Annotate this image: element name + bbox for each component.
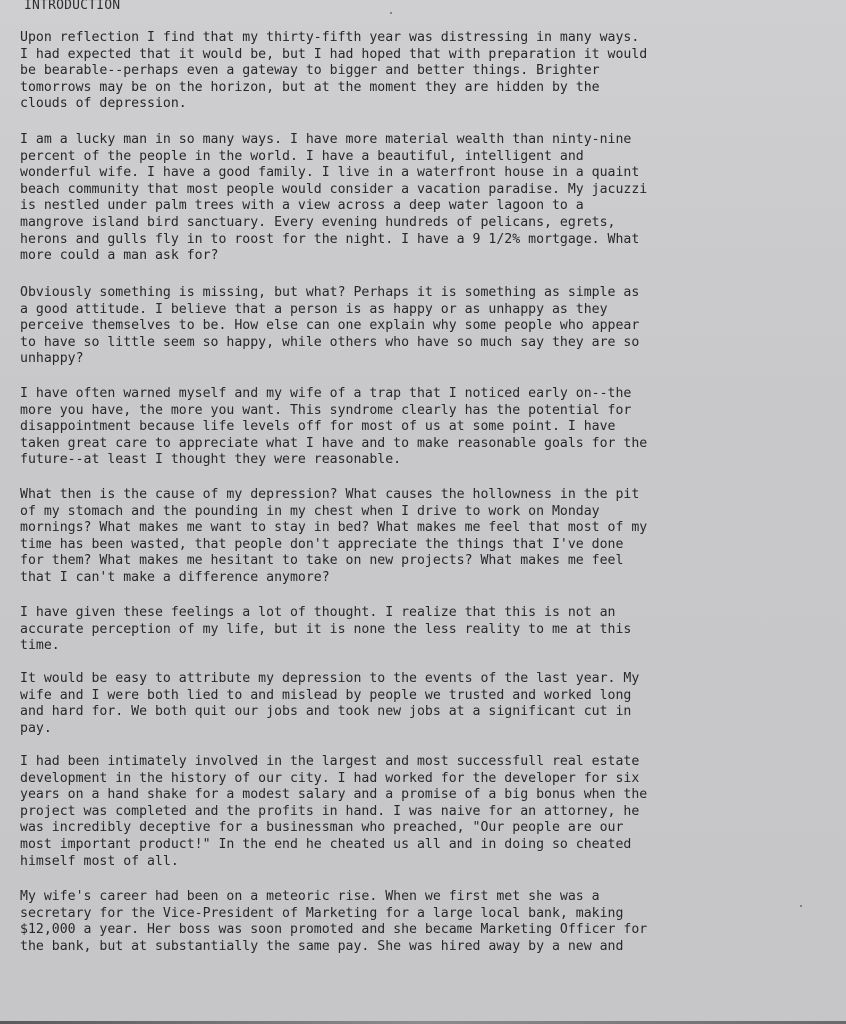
text-line: clouds of depression. <box>20 96 832 113</box>
text-line: beach community that most people would c… <box>20 182 832 199</box>
text-line: a good attitude. I believe that a person… <box>20 302 832 319</box>
text-line: of my stomach and the pounding in my che… <box>20 504 832 521</box>
text-line: is nestled under palm trees with a view … <box>20 198 832 215</box>
text-line: accurate perception of my life, but it i… <box>20 622 832 639</box>
text-line: be bearable--perhaps even a gateway to b… <box>20 63 832 80</box>
text-line: unhappy? <box>20 351 832 368</box>
text-line: disappointment because life levels off f… <box>20 419 832 436</box>
text-line: time has been wasted, that people don't … <box>20 537 832 554</box>
text-line: perceive themselves to be. How else can … <box>20 318 832 335</box>
text-line: wonderful wife. I have a good family. I … <box>20 165 832 182</box>
text-line: I am a lucky man in so many ways. I have… <box>20 132 832 149</box>
paragraph-8: I had been intimately involved in the la… <box>20 754 832 870</box>
text-line: project was completed and the profits in… <box>20 804 832 821</box>
text-line: percent of the people in the world. I ha… <box>20 149 832 166</box>
text-line: I have given these feelings a lot of tho… <box>20 605 832 622</box>
text-line: secretary for the Vice-President of Mark… <box>20 906 832 923</box>
paragraph-2: I am a lucky man in so many ways. I have… <box>20 132 832 265</box>
scanned-page: INTRODUCTION Upon reflection I find that… <box>0 0 846 1024</box>
text-line: more could a man ask for? <box>20 248 832 265</box>
paragraph-9: My wife's career had been on a meteoric … <box>20 889 832 955</box>
text-line: for them? What makes me hesitant to take… <box>20 553 832 570</box>
text-line: It would be easy to attribute my depress… <box>20 671 832 688</box>
text-line: most important product!" In the end he c… <box>20 837 832 854</box>
text-line: I had been intimately involved in the la… <box>20 754 832 771</box>
text-line: and hard for. We both quit our jobs and … <box>20 704 832 721</box>
text-line: the bank, but at substantially the same … <box>20 939 832 956</box>
text-line: himself most of all. <box>20 854 832 871</box>
text-line: time. <box>20 638 832 655</box>
text-line: mornings? What makes me want to stay in … <box>20 520 832 537</box>
text-line: pay. <box>20 721 832 738</box>
paragraph-4: I have often warned myself and my wife o… <box>20 386 832 469</box>
paragraph-7: It would be easy to attribute my depress… <box>20 671 832 737</box>
text-line: more you have, the more you want. This s… <box>20 403 832 420</box>
text-line: My wife's career had been on a meteoric … <box>20 889 832 906</box>
text-line: development in the history of our city. … <box>20 771 832 788</box>
text-line: Upon reflection I find that my thirty-fi… <box>20 30 832 47</box>
paragraph-3: Obviously something is missing, but what… <box>20 285 832 368</box>
scan-speck <box>800 905 802 907</box>
paragraph-1: Upon reflection I find that my thirty-fi… <box>20 30 832 113</box>
text-line: future--at least I thought they were rea… <box>20 452 832 469</box>
text-line: I have often warned myself and my wife o… <box>20 386 832 403</box>
text-line: was incredibly deceptive for a businessm… <box>20 820 832 837</box>
text-line: What then is the cause of my depression?… <box>20 487 832 504</box>
text-line: that I can't make a difference anymore? <box>20 570 832 587</box>
text-line: tomorrows may be on the horizon, but at … <box>20 80 832 97</box>
text-line: herons and gulls fly in to roost for the… <box>20 232 832 249</box>
text-line: years on a hand shake for a modest salar… <box>20 787 832 804</box>
text-line: mangrove island bird sanctuary. Every ev… <box>20 215 832 232</box>
page-title: INTRODUCTION <box>24 0 120 13</box>
text-line: $12,000 a year. Her boss was soon promot… <box>20 922 832 939</box>
text-line: wife and I were both lied to and mislead… <box>20 688 832 705</box>
text-line: I had expected that it would be, but I h… <box>20 47 832 64</box>
paragraph-5: What then is the cause of my depression?… <box>20 487 832 587</box>
text-line: taken great care to appreciate what I ha… <box>20 436 832 453</box>
text-line: to have so little seem so happy, while o… <box>20 335 832 352</box>
paragraph-6: I have given these feelings a lot of tho… <box>20 605 832 655</box>
scan-speck <box>390 12 392 14</box>
text-line: Obviously something is missing, but what… <box>20 285 832 302</box>
